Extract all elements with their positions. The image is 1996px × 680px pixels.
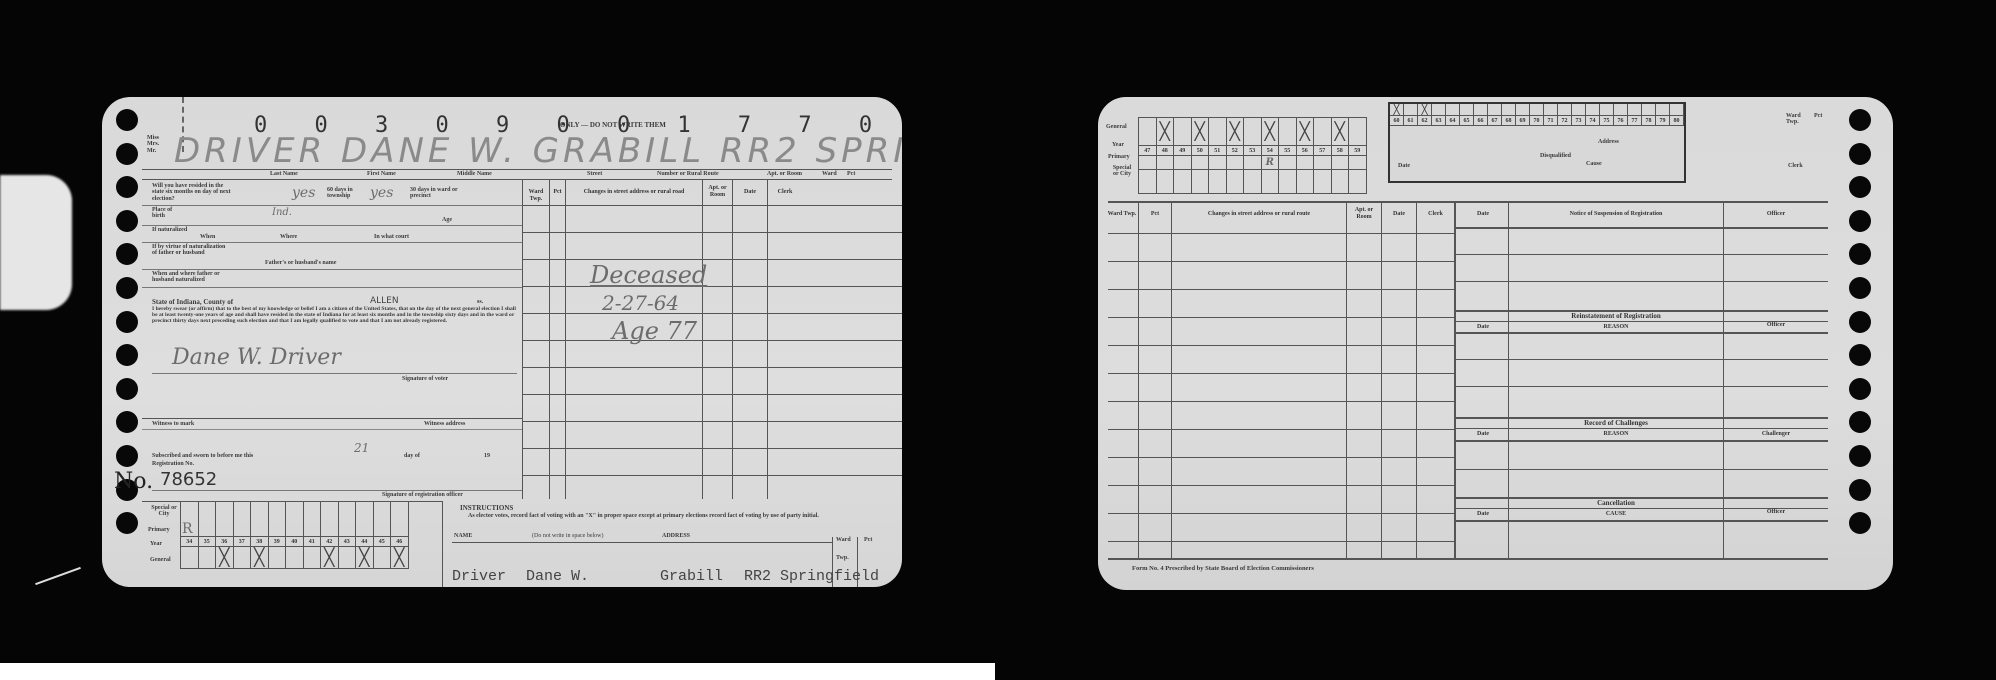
scan-scratch [35,567,81,585]
place-of-birth-label: Place of birth [152,207,182,220]
day-of-label: day of [404,453,420,459]
back-col-apt: Apt. or Room [1347,207,1381,220]
naturalized-label: If naturalized [152,227,192,233]
challenges-col-challenger: Challenger [1724,431,1828,438]
township-answer: yes [370,185,393,201]
col-apt: Apt. or Room [703,185,732,198]
col-clerk: Clerk [768,189,802,196]
col-pct: Pct [550,189,565,196]
challenges-title: Record of Challenges [1509,419,1723,427]
name-label: NAME [454,533,472,539]
label-first-name: First Name [367,171,396,177]
overlay-date-label: Date [1398,163,1410,169]
row-general: General [150,557,171,563]
punch-holes [1849,109,1871,534]
label-last-name: Last Name [270,171,298,177]
registration-number: 78652 [160,469,217,490]
note-age: Age 77 [612,317,697,345]
back-col-date: Date [1382,211,1416,218]
registration-no-label: Registration No. [152,461,194,467]
subscribed-text: Subscribed and sworn to before me this [152,453,253,459]
title-prefix: MissMrs.Mr. [147,135,159,154]
reinstatement-col-date: Date [1458,324,1508,331]
row-special: Special or City [150,505,178,518]
suspension-col-officer: Officer [1724,211,1828,218]
witness-label: Witness to mark [152,421,194,427]
subscribed-day: 21 [354,441,369,455]
scan-margin [0,663,995,680]
registration-card-back: General Year Primary Special or City ╳╳╳… [1098,97,1893,590]
twp-bottom-label: Twp. [836,555,849,561]
cancellation-title: Cancellation [1509,499,1723,507]
cancellation-col-date: Date [1458,511,1508,518]
back-row-general: General [1106,124,1127,130]
form-footer: Form No. 4 Prescribed by State Board of … [1132,566,1314,573]
witness-address-label: Witness address [424,421,465,427]
reinstatement-col-reason: REASON [1509,324,1723,331]
when-where-label: When and where father or husband natural… [152,271,232,284]
overlay-voting-grid: ╳╳ 6061626364656667686970717273747576777… [1388,102,1686,183]
instructions-text: As elector votes, record fact of voting … [468,513,888,519]
suspension-col-notice: Notice of Suspension of Registration [1509,211,1723,218]
typed-address: RR2 Springfield [744,568,879,585]
overlay-clerk-label: Clerk [1788,163,1803,169]
note-death-date: 2-27-64 [602,291,679,315]
col-date: Date [733,189,767,196]
typed-first-name: Dane W. [526,568,589,585]
overlay-cause-label: Cause [1586,161,1602,167]
where-label: Where [280,234,297,240]
reinstatement-col-officer: Officer [1724,322,1828,329]
ward-label: 30 days in ward or precinct [410,187,470,200]
pct-bottom-label: Pct [864,537,872,543]
row-year: Year [150,541,162,547]
court-label: In what court [374,234,409,240]
label-pct: Pct [847,171,855,177]
row-primary: Primary [148,527,170,533]
overlay-address-label: Address [1598,139,1619,145]
front-voting-grid: 34353637383940414243444546 ╳╳╳╳╳ [180,501,409,569]
back-row-primary: Primary [1108,154,1130,160]
label-number: Number or Rural Route [657,171,719,177]
col-changes: Changes in street address or rural road [566,189,702,196]
note-deceased: Deceased [590,261,707,289]
overlay-pct-label: Pct [1814,113,1822,119]
header-note: ONLY — DO NOT WRITE THEM [560,122,666,129]
back-col-changes: Changes in street address or rural route [1172,211,1346,218]
back-col-clerk: Clerk [1417,211,1454,218]
suspension-col-date: Date [1458,211,1508,218]
county-value: ALLEN [370,296,399,306]
residency-question: Will you have resided in the state six m… [152,183,232,202]
no-write-note: (Do not write in space below) [532,533,603,539]
when-label: When [200,234,215,240]
ward-bottom-label: Ward [836,537,851,543]
label-apt: Apt. or Room [767,171,802,177]
label-middle-name: Middle Name [457,171,492,177]
challenges-col-date: Date [1458,431,1508,438]
address-label: ADDRESS [662,533,690,539]
col-ward-twp: Ward Twp. [523,189,549,202]
stenciled-name: DRIVER DANE W. GRABILL RR2 SPRINGFIELD [174,131,902,171]
typed-last-name: Driver [452,568,506,585]
signature-label: Signature of voter [402,376,448,382]
back-col-pct: Pct [1139,211,1171,218]
cancellation-col-cause: CAUSE [1509,511,1723,518]
cancellation-col-officer: Officer [1724,509,1828,516]
residency-answer: yes [292,185,315,201]
back-row-special: Special or City [1110,165,1134,178]
ss-label: ss. [477,299,483,305]
challenges-col-reason: REASON [1509,431,1723,438]
officer-signature-label: Signature of registration officer [382,492,463,498]
typed-township: Grabill [660,568,723,585]
back-voting-grid: ╳╳╳╳╳╳ 47484950515253545556575859 R [1138,117,1367,194]
father-label: Father's or husband's name [265,260,336,266]
number-symbol: No. [114,469,153,494]
oath-text: I hereby swear (or affirm) that to the b… [152,307,517,325]
reinstatement-title: Reinstatement of Registration [1509,312,1723,320]
instructions-title: INSTRUCTIONS [460,505,513,512]
registration-card-front: 0 0 3 0 9 0 0 1 7 7 0 ONLY — DO NOT WRIT… [102,97,902,587]
scan-artifact [0,175,72,310]
age-label: Age [442,217,452,223]
place-of-birth-value: Ind. [272,207,292,218]
township-label: 60 days in township [327,187,372,200]
back-col-ward: Ward Twp. [1106,211,1138,218]
overlay-ward-label: Ward Twp. [1786,113,1806,126]
label-street: Street [587,171,602,177]
back-row-year: Year [1112,142,1124,148]
overlay-disqualified-label: Disqualified [1540,153,1571,159]
virtue-label: If by virtue of naturalization of father… [152,244,227,257]
voter-signature: Dane W. Driver [172,345,341,370]
label-ward: Ward [822,171,837,177]
year-prefix: 19 [484,453,490,459]
